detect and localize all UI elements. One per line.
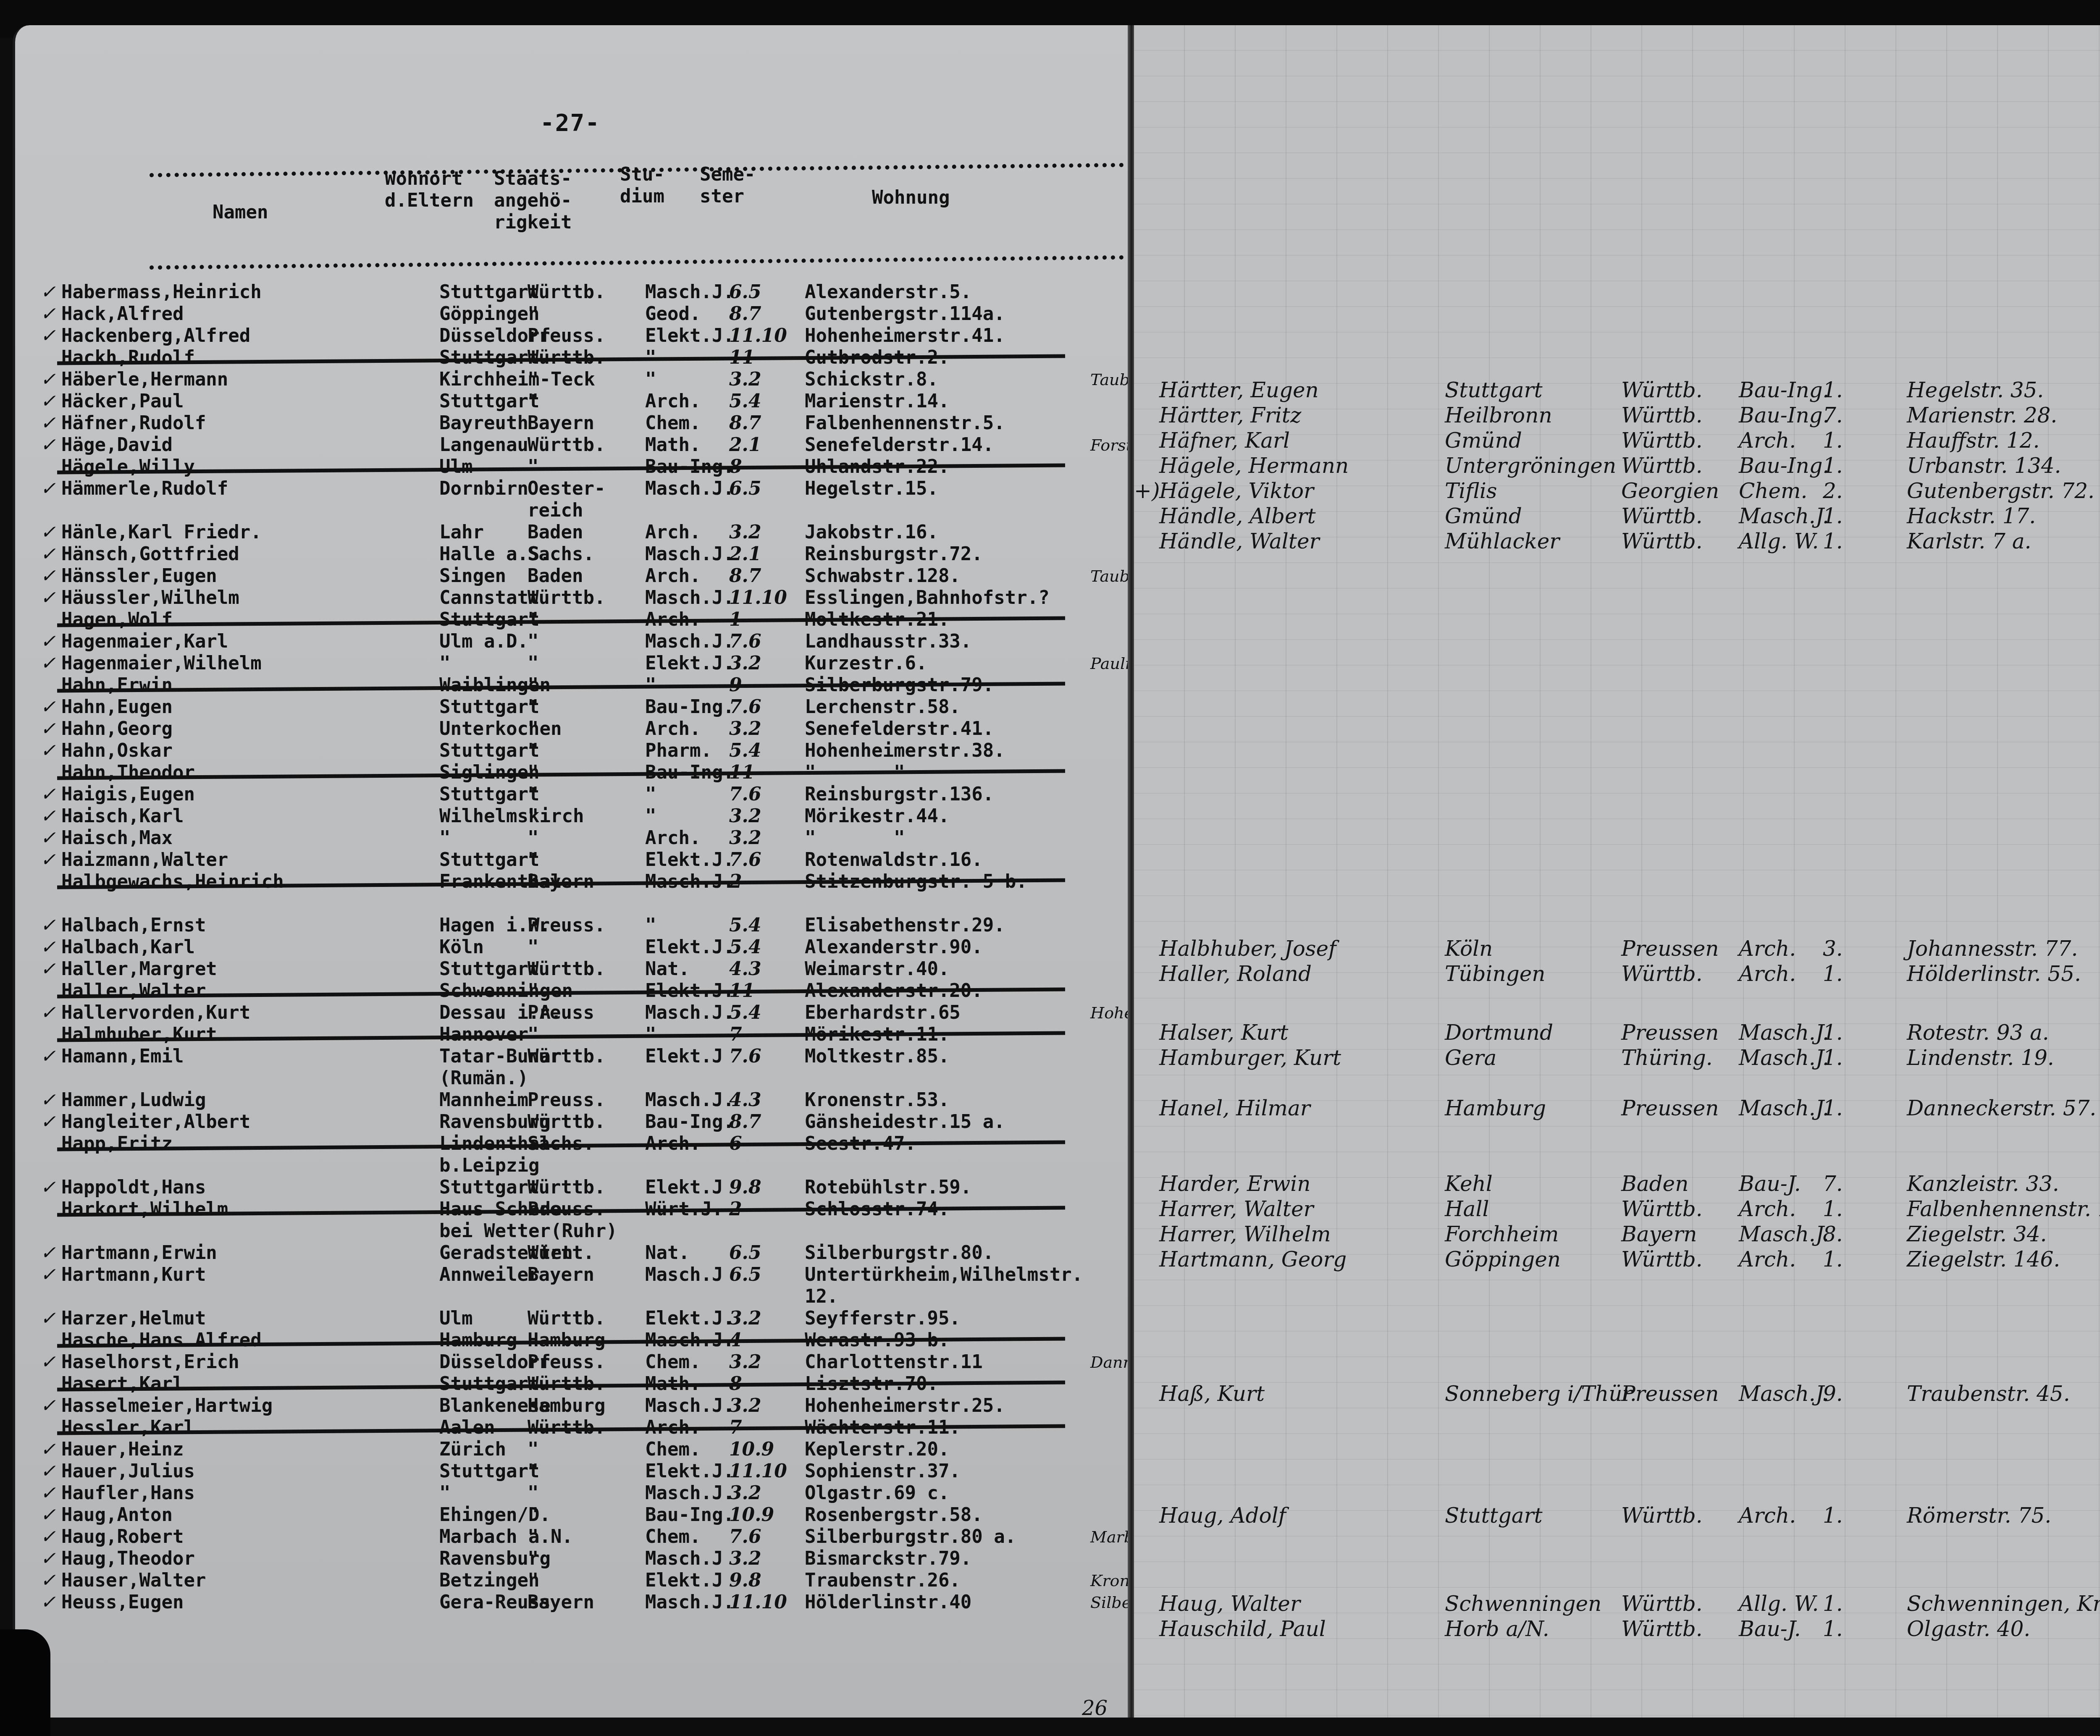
cell-wohnort: Bayreuth (439, 412, 528, 434)
cell-name: Hallervorden,Kurt (61, 1002, 250, 1024)
table-row: ✓Hauer,HeinzZürich"Chem.10.9Keplerstr.20… (40, 1439, 1132, 1461)
cell-wohnort: Stuttgart (439, 1373, 539, 1395)
cell-staat: " (528, 740, 539, 762)
hw-cell-name: Härtter, Eugen (1159, 378, 1319, 402)
hw-cell-staat: Württb. (1621, 378, 1703, 402)
cell-wohnort: Zürich (439, 1439, 506, 1461)
cell-wohnung: Silberburgstr.80 a. (805, 1526, 1016, 1548)
cell-studium: Masch.J (645, 1264, 723, 1286)
cell-semester: 7.6 (729, 1526, 761, 1548)
cell-staat: " (528, 456, 539, 478)
table-row: ✓Hangleiter,AlbertRavensburgWürttb.Bau-I… (40, 1111, 1132, 1133)
hw-cell-wohnung: Ziegelstr. 34. (1907, 1222, 2047, 1246)
cell-staat: " (528, 936, 539, 958)
cell-wohnort: Annweiler (439, 1264, 539, 1286)
cell-wohnort: Stuttgart (439, 609, 539, 631)
cell-name: Haller,Margret (61, 958, 217, 980)
cell-studium: Arch. (645, 1133, 701, 1155)
hw-cell-semester: 3. (1823, 936, 1843, 961)
handwritten-row: Häfner, KarlGmündWürttb.Arch.1.Hauffstr.… (1134, 428, 2100, 454)
cell-wohnort: Köln (439, 936, 484, 958)
cell-semester: 3.2 (729, 369, 761, 391)
cell-studium: Nat. (645, 1242, 690, 1264)
hw-cell-name: Halser, Kurt (1159, 1020, 1288, 1045)
hw-cell-wohnort: Heilbronn (1445, 403, 1552, 427)
hw-cell-semester: 1. (1823, 378, 1843, 402)
cell-wohnung: Reinsburgstr.72. (805, 543, 983, 565)
cell-staat: " (528, 631, 539, 653)
hw-cell-name: Händle, Walter (1159, 529, 1319, 553)
hw-cell-name: Hägele, Hermann (1159, 454, 1349, 478)
cell-name: Heuss,Eugen (61, 1592, 184, 1613)
hw-cell-wohnort: Gmünd (1445, 428, 1522, 453)
hw-cell-staat: Thüring. (1621, 1046, 1713, 1070)
hw-cell-wohnort: Stuttgart (1445, 1503, 1543, 1528)
cell-wohnung: Moltkestr.85. (805, 1046, 949, 1067)
table-row: Hagen,WolfStuttgart"Arch.1Moltkestr.21. (40, 609, 1132, 631)
cell-semester: 7.6 (729, 784, 761, 805)
hw-cell-semester: 1. (1823, 428, 1843, 453)
cell-staat: " (528, 609, 539, 631)
cell-semester: 5.4 (729, 740, 761, 762)
hw-cell-staat: Preussen (1621, 1382, 1719, 1406)
handwritten-row: Harrer, WalterHallWürttb.Arch.1.Falbenhe… (1134, 1197, 2100, 1222)
cell-staat: " (528, 718, 539, 740)
hw-cell-staat: Württb. (1621, 1592, 1703, 1616)
cell-wohnung: Schwabstr.128. (805, 565, 961, 587)
hw-cell-wohnung: Ziegelstr. 146. (1907, 1247, 2060, 1272)
cell-name: Harkort,Wilhelm (61, 1198, 228, 1220)
cell-semester: 3.2 (729, 1395, 761, 1417)
hw-cell-name: Harder, Erwin (1159, 1172, 1311, 1196)
cell-wohnung: Seyfferstr.95. (805, 1308, 961, 1330)
cell-staat: Württb. (528, 587, 605, 609)
col-header-study: Stu- dium (620, 164, 664, 207)
col-header-semester: Seme- ster (700, 164, 755, 207)
hw-cell-wohnung: Schwenningen, Kreuzstr. 42. (1907, 1592, 2100, 1616)
col-header-citizenship: Staats- angehö- rigkeit (494, 168, 572, 233)
hw-cell-staat: Württb. (1621, 1197, 1703, 1221)
cell-studium: Masch.J. (645, 478, 734, 500)
cell-staat: " (528, 696, 539, 718)
cell-studium: Arch. (645, 522, 701, 543)
cell-semester: 11 (729, 347, 755, 369)
cell-semester: 3.2 (729, 522, 761, 543)
cell-name: Halbach,Ernst (61, 915, 206, 936)
hw-cell-wohnort: Mühlacker (1445, 529, 1559, 553)
table-row: ✓Hartmann,ErwinGeradstettenWürtt.Nat.6.5… (40, 1242, 1132, 1264)
cell-studium: Masch.J. (645, 1395, 734, 1417)
hw-cell-wohnung: Römerstr. 75. (1907, 1503, 2051, 1528)
cell-wohnung: Olgastr.69 c. (805, 1482, 949, 1504)
cell-staat: Preuss. (528, 915, 605, 936)
hw-cell-semester: 1. (1823, 1503, 1843, 1528)
cell-name: Häge,David (61, 434, 173, 456)
cell-name: Harzer,Helmut (61, 1308, 206, 1330)
cell-studium: Elekt.J. (645, 849, 734, 871)
table-row: ✓Hack,AlfredGöppingen"Geod.8.7Gutenbergs… (40, 303, 1132, 325)
handwritten-row: Haller, RolandTübingenWürttb.Arch.1.Höld… (1134, 962, 2100, 987)
cell-studium: Bau-Ing. (645, 762, 734, 784)
handwritten-row: Händle, WalterMühlackerWürttb.Allg. W.1.… (1134, 529, 2100, 554)
cell-wohnort: Stuttgart (439, 784, 539, 805)
cell-studium: " (645, 915, 656, 936)
table-row: ✓Hasselmeier,HartwigBlankeneseHamburgMas… (40, 1395, 1132, 1417)
cell-wohnort: Dornbirn (439, 478, 528, 500)
cell-name: Hauer,Julius (61, 1461, 195, 1482)
table-row: ✓Haisch,Max""Arch.3.2" " (40, 827, 1132, 849)
cell-studium: Arch. (645, 565, 701, 587)
cell-wohnung: Hohenheimerstr.25. (805, 1395, 1005, 1417)
hw-cell-wohnung: Johannesstr. 77. (1907, 936, 2078, 961)
cell-wohnort: Aalen (439, 1417, 495, 1439)
table-row: ✓Haisch,KarlWilhelmskirch""3.2Mörikestr.… (40, 805, 1132, 827)
cell-wohnort: Marbach a.N. (439, 1526, 573, 1548)
cell-semester: 7.6 (729, 696, 761, 718)
cell-wohnort: Schwenningen (439, 980, 573, 1002)
cell-wohnung: Silberburgstr.80. (805, 1242, 994, 1264)
hw-cell-wohnung: Hauffstr. 12. (1907, 428, 2040, 453)
cell-studium: Arch. (645, 827, 701, 849)
cell-name: Haug,Anton (61, 1504, 173, 1526)
cell-wohnort: Stuttgart (439, 347, 539, 369)
header-rule-bottom (150, 255, 1124, 270)
hw-cell-semester: 1. (1823, 1096, 1843, 1120)
cell-staat: Württb. (528, 1177, 605, 1198)
cell-wohnort: Ulm (439, 1308, 472, 1330)
hw-cell-wohnung: Marienstr. 28. (1907, 403, 2057, 427)
cell-semester: 3.2 (729, 1548, 761, 1570)
cell-wohnort: " (439, 827, 451, 849)
hw-cell-name: Hartmann, Georg (1159, 1247, 1347, 1272)
cell-name: Hahn,Theodor (61, 762, 195, 784)
hw-cell-semester: 1. (1823, 1046, 1843, 1070)
footer-note: 26 (1082, 1697, 1108, 1720)
hw-cell-studium: Masch.J. (1739, 1046, 1829, 1070)
cell-semester: 8.7 (729, 303, 761, 325)
cell-staat: Württb. (528, 1373, 605, 1395)
table-row: ✓Hahn,EugenStuttgart"Bau-Ing.7.6Lerchens… (40, 696, 1132, 718)
cell-wohnung: Untertürkheim,Wilhelmstr. 12. (805, 1264, 1083, 1308)
cell-wohnung: Senefelderstr.41. (805, 718, 994, 740)
hw-cell-studium: Arch. (1739, 1197, 1796, 1221)
cell-staat: Hamburg (528, 1395, 605, 1417)
handwritten-row: Haug, WalterSchwenningenWürttb.Allg. W.1… (1134, 1592, 2100, 1617)
hw-cell-staat: Württb. (1621, 403, 1703, 427)
cell-studium: Chem. (645, 1526, 701, 1548)
cell-wohnung: Schlosstr.74. (805, 1198, 949, 1220)
cell-wohnung: Weimarstr.40. (805, 958, 949, 980)
cell-name: Hämmerle,Rudolf (61, 478, 228, 500)
cell-staat: Bayern (528, 871, 594, 893)
cell-wohnung: Alexanderstr.5. (805, 281, 971, 303)
hw-cell-semester: 1. (1823, 1197, 1843, 1221)
cell-semester: 3.2 (729, 827, 761, 849)
table-row: ✓Halbach,ErnstHagen i.W.Preuss."5.4Elisa… (40, 915, 1132, 936)
cell-wohnung: Eberhardstr.65 (805, 1002, 961, 1024)
cell-semester: 11 (729, 762, 755, 784)
cell-wohnung: Esslingen,Bahnhofstr.? (805, 587, 1050, 609)
cell-wohnung: Jakobstr.16. (805, 522, 938, 543)
cell-studium: Masch.J. (645, 631, 734, 653)
table-row: ✓Häberle,HermannKirchheim-Teck""3.2Schic… (40, 369, 1132, 391)
hw-cell-wohnung: Danneckerstr. 57. (1907, 1096, 2096, 1120)
cell-name: Haigis,Eugen (61, 784, 195, 805)
hw-cell-name: Haß, Kurt (1159, 1382, 1265, 1406)
cell-studium: Masch.J. (645, 1089, 734, 1111)
cell-semester: 7.6 (729, 1046, 761, 1067)
cell-wohnort: Stuttgart (439, 740, 539, 762)
cell-name: Hahn,Eugen (61, 696, 173, 718)
table-row: ✓Habermass,HeinrichStuttgartWürttb.Masch… (40, 281, 1132, 303)
hw-cell-wohnung: Falbenhennenstr. 10. (1907, 1197, 2100, 1221)
cell-name: Häcker,Paul (61, 391, 184, 412)
cell-semester: 9.8 (729, 1570, 761, 1592)
cell-semester: 8.7 (729, 412, 761, 434)
cell-studium: Elekt.J. (645, 325, 734, 347)
hw-cell-wohnung: Rotestr. 93 a. (1907, 1020, 2049, 1045)
hw-cell-name: Hauschild, Paul (1159, 1617, 1326, 1641)
cell-name: Hartmann,Erwin (61, 1242, 217, 1264)
cell-name: Hessler,Karl (61, 1417, 195, 1439)
cell-wohnung: Rotebühlstr.59. (805, 1177, 971, 1198)
table-row: ✓Happoldt,HansStuttgartWürttb.Elekt.J9.8… (40, 1177, 1132, 1198)
cell-studium: Math. (645, 434, 701, 456)
cell-wohnung: Schickstr.8. (805, 369, 938, 391)
hw-cell-semester: 8. (1823, 1222, 1843, 1246)
cell-studium: Elekt.J. (645, 980, 734, 1002)
page-number: -27- (540, 109, 600, 136)
hw-cell-wohnort: Hamburg (1445, 1096, 1546, 1120)
cell-wohnung: Alexanderstr.20. (805, 980, 983, 1002)
table-row: ✓Heuss,EugenGera-ReussBayernMasch.J.11.1… (40, 1592, 1132, 1613)
cell-staat: " (528, 980, 539, 1002)
table-row: ✓Haller,MargretStuttgartWürttb.Nat.4.3We… (40, 958, 1132, 980)
cell-semester: 5.4 (729, 391, 761, 412)
cell-wohnort: Unterkochen (439, 718, 562, 740)
cell-semester: 3.2 (729, 1308, 761, 1330)
cell-name: Haufler,Hans (61, 1482, 195, 1504)
cell-name: Hackh,Rudolf (61, 347, 195, 369)
table-row: ✓Hänsch,GottfriedHalle a.S.Sachs.Masch.J… (40, 543, 1132, 565)
hw-cell-studium: Arch. (1739, 428, 1796, 453)
hw-cell-name: Haug, Walter (1159, 1592, 1300, 1616)
cell-studium: Elekt.J (645, 1177, 723, 1198)
cell-semester: 3.2 (729, 1482, 761, 1504)
hw-cell-semester: 1. (1823, 529, 1843, 553)
cell-semester: 6.5 (729, 1242, 761, 1264)
cell-wohnung: Silberburgstr.79. (805, 674, 994, 696)
table-row: Happ,FritzLindenthal b.LeipzigSachs.Arch… (40, 1133, 1132, 1177)
handwritten-row: +)Hägele, ViktorTiflisGeorgienChem.2.Gut… (1134, 479, 2100, 504)
cell-wohnort: Stuttgart (439, 958, 539, 980)
cell-name: Häfner,Rudolf (61, 412, 206, 434)
cell-name: Hack,Alfred (61, 303, 184, 325)
table-row: ✓Haug,TheodorRavensburg"Masch.J3.2Bismar… (40, 1548, 1132, 1570)
hw-cell-wohnort: Forchheim (1445, 1222, 1559, 1246)
cell-name: Halbach,Karl (61, 936, 195, 958)
hw-cell-studium: Masch.J. (1739, 1096, 1829, 1120)
cell-studium: Bau-Ing. (645, 456, 734, 478)
cell-semester: 6.5 (729, 281, 761, 303)
cell-name: Haug,Robert (61, 1526, 184, 1548)
cell-staat: " (528, 1548, 539, 1570)
cell-staat: Württb. (528, 281, 605, 303)
table-row: Hahn,TheodorSiglingen"Bau-Ing.11" " (40, 762, 1132, 784)
cell-studium: Chem. (645, 1351, 701, 1373)
table-row: ✓Hamann,EmilTatar-Bunar (Rumän.)Württb.E… (40, 1046, 1132, 1089)
hw-cell-semester: 1. (1823, 454, 1843, 478)
cell-studium: Elekt.J (645, 1570, 723, 1592)
cell-name: Häberle,Hermann (61, 369, 228, 391)
cell-staat: " (528, 805, 539, 827)
cell-studium: Bau-Ing. (645, 696, 734, 718)
hw-cell-staat: Baden (1621, 1172, 1688, 1196)
register-entries: ✓Habermass,HeinrichStuttgartWürttb.Masch… (40, 281, 1132, 1613)
handwritten-row: Halbhuber, JosefKölnPreussenArch.3.Johan… (1134, 936, 2100, 962)
hw-cell-staat: Preussen (1621, 1020, 1719, 1045)
hw-cell-studium: Masch.J. (1739, 1382, 1829, 1406)
cell-wohnung: " " (805, 827, 905, 849)
cell-wohnort: Hannover (439, 1024, 528, 1046)
table-row: ✓Hammer,LudwigMannheimPreuss.Masch.J.4.3… (40, 1089, 1132, 1111)
hw-cell-name: Haller, Roland (1159, 962, 1312, 986)
cell-studium: Masch.J. (645, 1482, 734, 1504)
cell-name: Haizmann,Walter (61, 849, 228, 871)
cell-staat: Bayern (528, 1592, 594, 1613)
table-row: ✓Harzer,HelmutUlmWürttb.Elekt.J.3.2Seyff… (40, 1308, 1132, 1330)
hw-cell-wohnort: Untergröningen (1445, 454, 1616, 478)
cell-name: Haisch,Karl (61, 805, 184, 827)
cell-name: Hahn,Georg (61, 718, 173, 740)
cell-semester: 5.4 (729, 1002, 761, 1024)
cell-name: Hammer,Ludwig (61, 1089, 206, 1111)
table-row: Haller,WalterSchwenningen"Elekt.J.11Alex… (40, 980, 1132, 1002)
open-register-book: -27- Namen Wohnort d.Eltern Staats- ange… (13, 25, 2100, 1736)
cell-name: Hahn,Erwin (61, 674, 173, 696)
hw-cell-name: Hamburger, Kurt (1159, 1046, 1341, 1070)
cell-name: Habermass,Heinrich (61, 281, 262, 303)
hw-cell-name: Häfner, Karl (1159, 428, 1290, 453)
cell-name: Hägele,Willy (61, 456, 195, 478)
cell-staat: " (528, 1439, 539, 1461)
cell-semester: 11 (729, 980, 755, 1002)
hw-cell-name: Härtter, Fritz (1159, 403, 1301, 427)
cell-wohnort: Kirchheim-Teck (439, 369, 595, 391)
cell-wohnung: Kurzestr.6. (805, 653, 927, 674)
cell-wohnort: Stuttgart (439, 281, 539, 303)
cell-wohnung: Lisztstr.70. (805, 1373, 938, 1395)
hw-cell-studium: Chem. (1739, 479, 1807, 503)
table-row: Hessler,KarlAalenWürttb.Arch.7Wächterstr… (40, 1417, 1132, 1439)
hw-cell-staat: Württb. (1621, 1247, 1703, 1272)
cell-staat: Württb. (528, 434, 605, 456)
cell-studium: Nat. (645, 958, 690, 980)
cell-semester: 8 (729, 456, 742, 478)
hw-cell-studium: Masch.J. (1739, 504, 1829, 528)
cell-studium: Chem. (645, 1439, 701, 1461)
cell-name: Hasche,Hans Alfred (61, 1330, 262, 1351)
hw-cell-wohnort: Gmünd (1445, 504, 1522, 528)
cell-staat: " (528, 391, 539, 412)
cell-name: Hänsch,Gottfried (61, 543, 239, 565)
table-row: ✓Haug,RobertMarbach a.N."Chem.7.6Silberb… (40, 1526, 1132, 1548)
cell-wohnort: Ulm a.D. (439, 631, 528, 653)
hw-cell-semester: 2. (1823, 479, 1843, 503)
handwritten-row: Hamburger, KurtGeraThüring.Masch.J.1.Lin… (1134, 1046, 2100, 1071)
table-row: Hasert,KarlStuttgartWürttb.Math.8Lisztst… (40, 1373, 1132, 1395)
cell-wohnort: Hamburg (439, 1330, 517, 1351)
hw-cell-wohnort: Köln (1445, 936, 1493, 961)
hw-cell-studium: Masch.J. (1739, 1222, 1829, 1246)
cell-wohnort: Stuttgart (439, 849, 539, 871)
cell-wohnung: Hohenheimerstr.38. (805, 740, 1005, 762)
cell-wohnort: Siglingen (439, 762, 539, 784)
cell-wohnort: Singen (439, 565, 506, 587)
cell-studium: Arch. (645, 391, 701, 412)
cell-studium: Masch.J. (645, 543, 734, 565)
cell-semester: 2.1 (729, 543, 761, 565)
cell-wohnung: Werastr.93 b. (805, 1330, 949, 1351)
cell-studium: Arch. (645, 1417, 701, 1439)
cell-semester: 6.5 (729, 1264, 761, 1286)
cell-wohnung: Lerchenstr.58. (805, 696, 961, 718)
cell-name: Hagenmaier,Wilhelm (61, 653, 262, 674)
hw-cell-studium: Arch. (1739, 1503, 1796, 1528)
thumb-shadow (0, 1629, 50, 1736)
table-row: ✓Hänle,Karl Friedr.LahrBadenArch.3.2Jako… (40, 522, 1132, 543)
hw-cell-studium: Arch. (1739, 936, 1796, 961)
hw-cell-studium: Allg. W. (1739, 1592, 1819, 1616)
cell-staat: Preuss. (528, 1198, 605, 1220)
cell-semester: 4 (729, 1330, 742, 1351)
cell-name: Hauer,Heinz (61, 1439, 184, 1461)
cell-semester: 3.2 (729, 1351, 761, 1373)
handwritten-row: Haug, AdolfStuttgartWürttb.Arch.1.Römers… (1134, 1503, 2100, 1529)
hw-cell-studium: Allg. W. (1739, 529, 1819, 553)
hw-cell-staat: Württb. (1621, 1503, 1703, 1528)
cell-wohnung: Landhausstr.33. (805, 631, 971, 653)
table-row: ✓Hauer,JuliusStuttgart"Elekt.J.11.10Soph… (40, 1461, 1132, 1482)
cell-staat: " (528, 1024, 539, 1046)
hw-cell-name: Harrer, Walter (1159, 1197, 1313, 1221)
cell-wohnung: Hohenheimerstr.41. (805, 325, 1005, 347)
cell-wohnung: Hölderlinstr.40 (805, 1592, 971, 1613)
hw-cell-semester: 1. (1823, 1247, 1843, 1272)
cell-studium: Elekt.J. (645, 936, 734, 958)
table-row: ✓Hartmann,KurtAnnweilerBayernMasch.J6.5U… (40, 1264, 1132, 1308)
table-row: Hackh,RudolfStuttgartWürttb."11Gutbrodst… (40, 347, 1132, 369)
table-row: ✓Hackenberg,AlfredDüsseldorfPreuss.Elekt… (40, 325, 1132, 347)
cell-semester: 9 (729, 674, 742, 696)
table-row: ✓Hauser,WalterBetzingen"Elekt.J9.8Traube… (40, 1570, 1132, 1592)
cell-staat: Preuss. (528, 1351, 605, 1373)
hw-cell-wohnung: Traubenstr. 45. (1907, 1382, 2070, 1406)
cell-wohnung: Alexanderstr.90. (805, 936, 983, 958)
hw-cell-wohnort: Sonneberg i/Thür. (1445, 1382, 1637, 1406)
cell-staat: Preuss (528, 1002, 594, 1024)
hw-cell-wohnung: Urbanstr. 134. (1907, 454, 2061, 478)
cell-name: Hartmann,Kurt (61, 1264, 206, 1286)
hw-cell-wohnort: Stuttgart (1445, 378, 1543, 402)
cell-staat: Württb. (528, 1046, 605, 1067)
cell-studium: Masch.J. (645, 587, 734, 609)
cell-name: Hackenberg,Alfred (61, 325, 250, 347)
cell-semester: 7.6 (729, 631, 761, 653)
cell-semester: 1 (729, 609, 742, 631)
hw-cell-semester: 1. (1823, 1020, 1843, 1045)
cell-studium: Masch.J. (645, 1330, 734, 1351)
